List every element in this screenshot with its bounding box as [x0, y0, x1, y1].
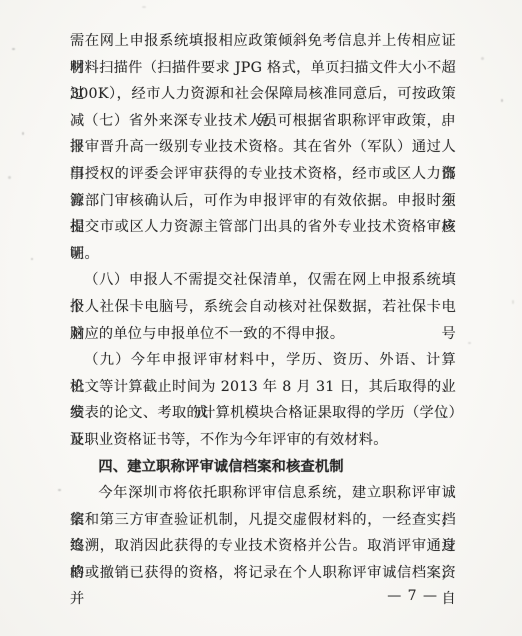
text-line: 提交市或区人力资源主管部门出具的省外专业技术资格审核证: [70, 214, 456, 241]
text-line: 300K），经市人力资源和社会保障局核准同意后，可按政策减免。: [70, 81, 456, 108]
text-line: 论文等计算截止时间为 2013 年 8 月 31 日，其后取得的业绩成果、: [70, 374, 456, 401]
text-line: 材料扫描件（扫描件要求 JPG 格式，单页扫描文件大小不超过: [70, 55, 456, 82]
text-line: 管部门审核确认后，可作为申报评审的有效依据。申报时须相应: [70, 188, 456, 215]
text-line: 门授权的评委会评审获得的专业技术资格，经市或区人力资源主: [70, 161, 456, 188]
text-line: 追溯，取消因此获得的专业技术资格并公告。取消评审通过的资: [70, 533, 456, 560]
text-line: 发表的论文、考取的计算机模块合格证、取得的学历（学位）证: [70, 400, 456, 427]
text-line: 格或撤销已获得的资格，将记录在个人职称评审诚信档案，并自: [70, 560, 456, 587]
text-line: 评审晋升高一级别专业技术资格。其在省外（军队）通过人事部: [70, 134, 456, 161]
text-line: 今年深圳市将依托职称评审信息系统，建立职称评审诚信档: [70, 480, 456, 507]
page-number: — 7 —: [387, 588, 438, 604]
scan-noise-speck: [31, 258, 33, 260]
text-line: 明。: [70, 241, 456, 268]
text-line: 个人社保卡电脑号，系统会自动核对社保数据，若社保卡电脑号: [70, 294, 456, 321]
text-line: 及职业资格证书等，不作为今年评审的有效材料。: [70, 427, 456, 454]
scan-noise-speck: [481, 57, 484, 60]
scan-noise-speck: [22, 132, 24, 135]
text-line: （八）申报人不需提交社保清单，仅需在网上申报系统填报: [70, 267, 456, 294]
scan-noise-speck: [8, 176, 11, 179]
text-line: 需在网上申报系统填报相应政策倾斜免考信息并上传相应证明: [70, 28, 456, 55]
text-line: 四、建立职称评审诚信档案和核查机制: [70, 454, 456, 481]
scan-noise-speck: [512, 300, 514, 304]
scanned-document-page: 需在网上申报系统填报相应政策倾斜免考信息并上传相应证明材料扫描件（扫描件要求 J…: [0, 0, 522, 636]
text-line: （九）今年申报评审材料中，学历、资历、外语、计算机、: [70, 347, 456, 374]
text-line: 案和第三方审查验证机制，凡提交虚假材料的，一经查实，终身: [70, 507, 456, 534]
scan-noise-speck: [12, 48, 15, 50]
scan-noise-speck: [142, 6, 146, 8]
document-lines: 需在网上申报系统填报相应政策倾斜免考信息并上传相应证明材料扫描件（扫描件要求 J…: [70, 28, 456, 586]
scan-noise-speck: [501, 99, 503, 102]
scan-noise-speck: [468, 342, 471, 344]
text-line: （七）省外来深专业技术人员可根据省职称评审政策，申报: [70, 108, 456, 135]
scan-noise-speck: [58, 489, 61, 491]
